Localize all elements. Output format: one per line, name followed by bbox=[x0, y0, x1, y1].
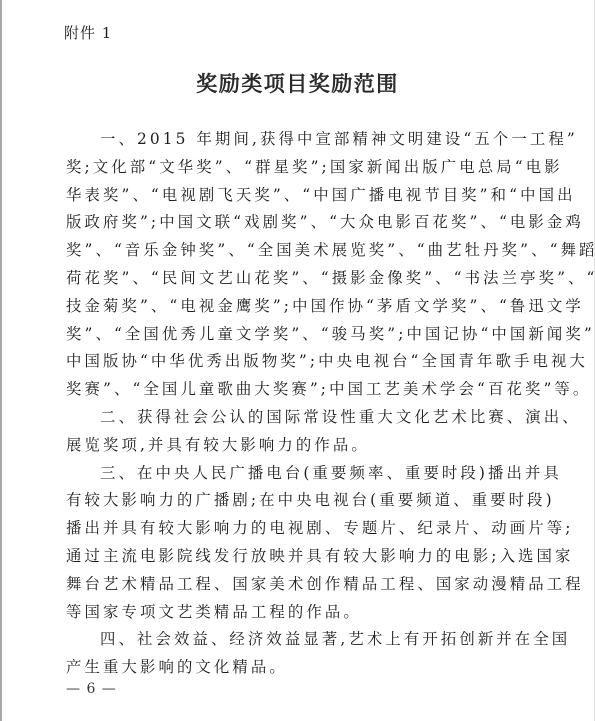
paragraph-1-line-4: 版政府奖”;中国文联“戏剧奖”、“大众电影百花奖”、“电影金鸡 bbox=[66, 209, 516, 237]
paragraph-3-line-4: 通过主流电影院线发行放映并具有较大影响力的电影;入选国家 bbox=[66, 543, 516, 571]
document-title: 奖励类项目奖励范围 bbox=[0, 68, 595, 98]
paragraph-1-line-7: 技金菊奖”、“电视金鹰奖”;中国作协“茅盾文学奖”、“鲁迅文学 bbox=[66, 293, 516, 321]
paragraph-4-line-2: 产生重大影响的文化精品。 bbox=[66, 654, 516, 682]
paragraph-2-line-1: 二、获得社会公认的国际常设性重大文化艺术比赛、演出、 bbox=[66, 404, 516, 432]
paragraph-3-line-6: 等国家专项文艺类精品工程的作品。 bbox=[66, 599, 516, 627]
paragraph-1-line-3: 华表奖”、“电视剧飞天奖”、“中国广播电视节目奖”和“中国出 bbox=[66, 182, 516, 210]
paragraph-3-line-2: 有较大影响力的广播剧;在中央电视台(重要频道、重要时段) bbox=[66, 487, 516, 515]
paragraph-1-line-1: 一、2015 年期间,获得中宣部精神文明建设“五个一工程” bbox=[66, 126, 516, 154]
attachment-label: 附件 1 bbox=[64, 22, 112, 43]
paragraph-2-line-2: 展览奖项,并具有较大影响力的作品。 bbox=[66, 432, 516, 460]
paragraph-1-line-10: 奖赛”、“全国儿童歌曲大奖赛”;中国工艺美术学会“百花奖”等。 bbox=[66, 376, 516, 404]
paragraph-3-line-1: 三、在中央人民广播电台(重要频率、重要时段)播出并具 bbox=[66, 460, 516, 488]
paragraph-3-line-5: 舞台艺术精品工程、国家美术创作精品工程、国家动漫精品工程 bbox=[66, 571, 516, 599]
paragraph-1-line-6: 荷花奖”、“民间文艺山花奖”、“摄影金像奖”、“书法兰亭奖”、“杂 bbox=[66, 265, 516, 293]
paragraph-1-line-8: 奖”、“全国优秀儿童文学奖”、“骏马奖”;中国记协“中国新闻奖”; bbox=[66, 321, 516, 349]
document-body: 一、2015 年期间,获得中宣部精神文明建设“五个一工程” 奖;文化部“文华奖”… bbox=[66, 126, 516, 682]
paragraph-1-line-5: 奖”、“音乐金钟奖”、“全国美术展览奖”、“曲艺牡丹奖”、“舞蹈 bbox=[66, 237, 516, 265]
paragraph-1-line-2: 奖;文化部“文华奖”、“群星奖”;国家新闻出版广电总局“电影 bbox=[66, 154, 516, 182]
paragraph-3-line-3: 播出并具有较大影响力的电视剧、专题片、纪录片、动画片等; bbox=[66, 515, 516, 543]
page-left-edge bbox=[0, 0, 2, 721]
paragraph-4-line-1: 四、社会效益、经济效益显著,艺术上有开拓创新并在全国 bbox=[66, 626, 516, 654]
page-number: — 6 — bbox=[66, 681, 117, 697]
paragraph-1-line-9: 中国版协“中华优秀出版物奖”;中央电视台“全国青年歌手电视大 bbox=[66, 348, 516, 376]
